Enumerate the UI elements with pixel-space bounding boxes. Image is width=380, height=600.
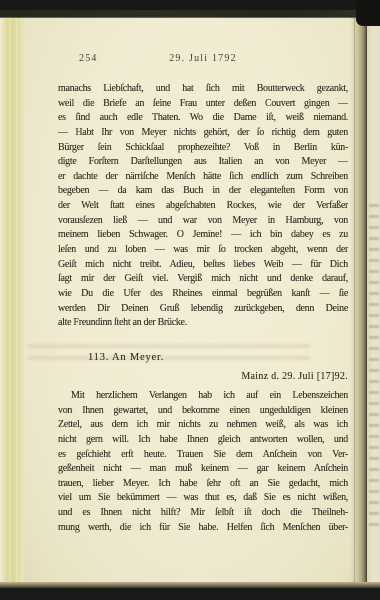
- text-line: — Habt Ihr von Meyer nichts gehört, der …: [58, 127, 348, 142]
- text-line: leſen und zu loben — was mir ſo trocken …: [58, 244, 348, 259]
- text-line: Geiſt mich nicht treibt. Adieu, beſtes l…: [58, 259, 348, 274]
- text-line: und es Ihnen nicht hilft? Mir ſelbſt iſt…: [58, 507, 348, 522]
- letter-heading: 113. An Meyer.: [88, 352, 164, 363]
- text-line: er dachte der närriſche Menſch hätte ſic…: [58, 171, 348, 186]
- facing-page-ghost-text: [369, 204, 379, 534]
- letter-continuation-paragraph: manachs Liebſchaft, und hat ſich mit Bou…: [58, 83, 348, 332]
- text-line: werden Dir Deinen Gruß lebendig zurückge…: [58, 303, 348, 318]
- text-line: meinem lieben Schwager. O Jemine! — ich …: [58, 229, 348, 244]
- book-photo: 254 29. Juli 1792 manachs Liebſchaft, un…: [0, 0, 380, 600]
- text-line: viel um Sie bekümmert — was thut es, daß…: [58, 492, 348, 507]
- text-line: es ſind auch edle Thaten. Wo die Dame iſ…: [58, 112, 348, 127]
- text-line: Zettel, aus dem ich mir nichts zu nehmen…: [58, 419, 348, 434]
- text-line: alte Freundinn ſteht an der Brücke.: [58, 317, 348, 332]
- text-line: weil die Briefe an ſeine Frau unter deße…: [58, 98, 348, 113]
- text-line: Bürger ſein Schickſaal prophezeihte? Voß…: [58, 142, 348, 157]
- text-line: es geſchieht erſt heute. Trauen Sie dem …: [58, 449, 348, 464]
- text-line: der Welt ſtatt eines abgeſchabten Rockes…: [58, 200, 348, 215]
- gutter-shadow: [350, 16, 366, 584]
- page-header: 254 29. Juli 1792: [58, 53, 348, 68]
- text-line: digte Forſtern Darſtellungen aus Italien…: [58, 156, 348, 171]
- letter-body-paragraph: Mit herzlichem Verlangen hab ich auf ein…: [58, 390, 348, 536]
- text-line: geßenheit nicht — man muß keinem — gar k…: [58, 463, 348, 478]
- running-header: 29. Juli 1792: [58, 53, 348, 64]
- text-line: mung werth, die ich für Sie habe. Helfen…: [58, 522, 348, 537]
- text-line: ſagt mir der Geiſt viel. Vergiß mich nic…: [58, 273, 348, 288]
- text-line: Mit herzlichem Verlangen hab ich auf ein…: [58, 390, 348, 405]
- text-line: nicht gern will. Ich habe Ihnen gleich a…: [58, 434, 348, 449]
- text-column: 254 29. Juli 1792 manachs Liebſchaft, un…: [58, 0, 348, 600]
- text-line: trauen, lieber Meyer. Ich habe ſehr oft …: [58, 478, 348, 493]
- text-line: begeben — da kam das Buch in der elegant…: [58, 185, 348, 200]
- letter-dateline: Mainz d. 29. Juli [17]92.: [58, 371, 348, 382]
- text-line: wie Du die Ufer des Rheines einmal begrü…: [58, 288, 348, 303]
- facing-page-edge: [366, 24, 380, 584]
- text-line: von Ihnen gewartet, und bekomme einen un…: [58, 405, 348, 420]
- text-line: manachs Liebſchaft, und hat ſich mit Bou…: [58, 83, 348, 98]
- top-right-cover-corner: [356, 0, 380, 26]
- book-cover-bottom-edge: [0, 588, 380, 600]
- text-line: vorausſezen ließ — und war von Meyer in …: [58, 215, 348, 230]
